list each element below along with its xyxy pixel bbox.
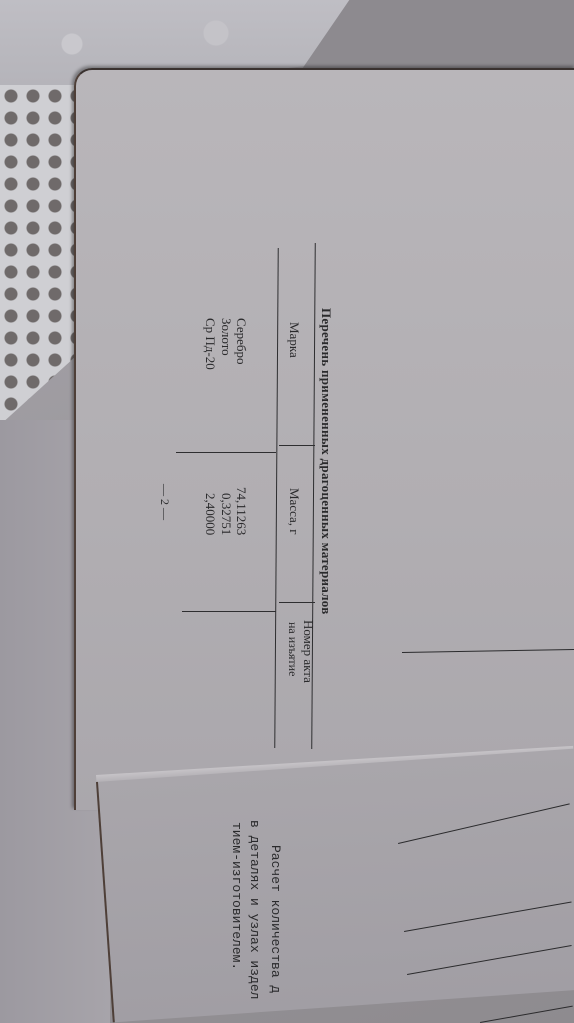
table-cell-mark: Серебро <box>234 318 248 364</box>
signature-line <box>480 1006 573 1023</box>
next-page-text-line: тием-изготовителем. <box>228 822 245 970</box>
table-cell-mark: Ср Пд-20 <box>203 318 217 370</box>
column-header-act: Номер акта <box>300 620 316 683</box>
photo-scene: Перечень примененных драгоценных материа… <box>0 0 574 1023</box>
header-column-separator <box>279 602 315 603</box>
table-cell-mass: 0,32751 <box>219 493 233 535</box>
table-cell-mass: 2,40000 <box>203 493 217 535</box>
column-header-mark: Марка <box>286 322 302 358</box>
column-header-act-line2: на изъятие <box>285 622 300 676</box>
page-number: — 2 — <box>157 484 172 520</box>
body-column-separator <box>182 611 276 612</box>
next-page <box>96 749 574 1023</box>
body-column-separator <box>176 452 276 453</box>
header-column-separator <box>279 445 315 446</box>
table-cell-mass: 74,11263 <box>234 487 248 535</box>
table-title: Перечень примененных драгоценных материа… <box>318 308 334 615</box>
lace-pattern <box>0 85 75 425</box>
next-page-text-line: Расчет количества д <box>267 845 284 993</box>
table-cell-mark: Золото <box>219 318 233 356</box>
next-page-text-line: в деталях и узлах издел <box>246 820 263 999</box>
column-header-mass: Масса, г <box>286 488 302 535</box>
